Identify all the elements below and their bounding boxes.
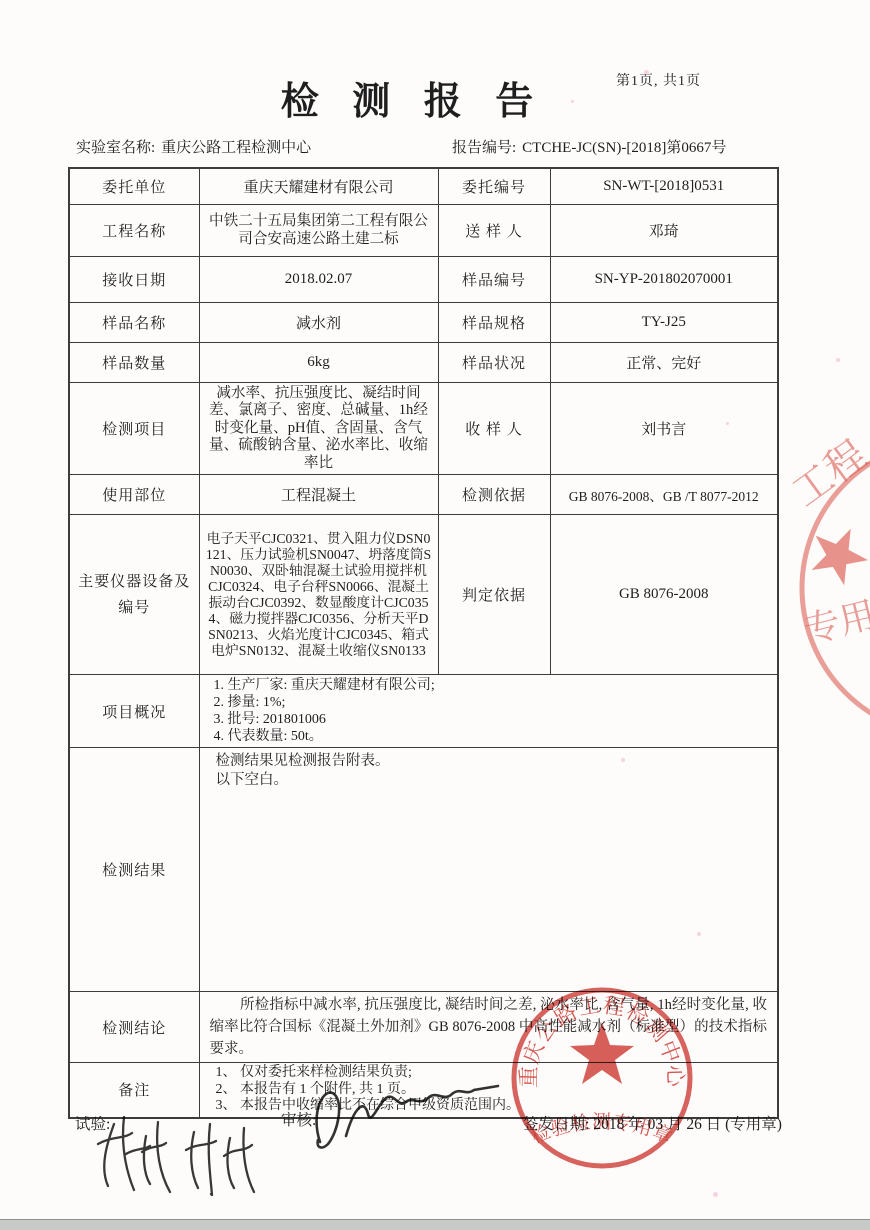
sample-sender-value: 邓琦 [550,204,778,256]
project-name-value: 中铁二十五局集团第二工程有限公司合安高速公路土建二标 [199,204,438,256]
scan-speck [571,100,574,103]
sample-spec-value: TY-J25 [550,302,778,342]
tester-signature [92,1102,292,1197]
table-row: 委托单位 重庆天耀建材有限公司 委托编号 SN-WT-[2018]0531 [69,168,778,204]
sample-receiver-value: 刘书言 [550,382,778,475]
scan-speck [713,1192,718,1197]
report-number-value: CTCHE-JC(SN)-[2018]第0667号 [522,140,726,156]
scan-speck [836,358,840,362]
table-row: 使用部位 工程混凝土 检测依据 GB 8076-2008、GB /T 8077-… [69,475,778,515]
sample-sender-label: 送 样 人 [438,204,550,256]
sample-quantity-label: 样品数量 [69,342,199,382]
judgment-basis-label: 判定依据 [438,515,550,675]
seal-text: 专用 [800,595,870,651]
client-unit-label: 委托单位 [69,168,199,204]
sample-no-value: SN-YP-201802070001 [550,256,778,302]
seal-bottom-text: 检验检测专用章 [528,1111,676,1148]
commission-no-label: 委托编号 [438,168,550,204]
judgment-basis-value: GB 8076-2008 [550,515,778,675]
partial-official-seal: 工程 专用 [750,438,870,748]
table-row: 样品名称 减水剂 样品规格 TY-J25 [69,302,778,342]
main-equipment-value: 电子天平CJC0321、贯入阻力仪DSN0121、压力试验机SN0047、坍落度… [199,515,438,675]
sample-status-value: 正常、完好 [550,342,778,382]
report-number-line: 报告编号:CTCHE-JC(SN)-[2018]第0667号 [452,136,726,157]
use-location-label: 使用部位 [69,475,199,515]
sample-no-label: 样品编号 [438,256,550,302]
test-basis-label: 检测依据 [438,475,550,515]
lab-name-line: 实验室名称:重庆公路工程检测中心 [76,136,311,157]
scan-edge-band [0,1219,870,1230]
commission-no-value: SN-WT-[2018]0531 [550,168,778,204]
report-number-label: 报告编号: [452,140,516,156]
lab-name-label: 实验室名称: [76,140,155,156]
table-row: 项目概况 1. 生产厂家: 重庆天耀建材有限公司; 2. 掺量: 1%; 3. … [69,675,778,748]
table-row: 主要仪器设备及编号 电子天平CJC0321、贯入阻力仪DSN0121、压力试验机… [69,515,778,675]
test-results-label: 检测结果 [69,748,199,992]
scan-speck [697,932,701,936]
table-row: 检测项目 减水率、抗压强度比、凝结时间差、氯离子、密度、总碱量、1h经时变化量、… [69,382,778,475]
receive-date-value: 2018.02.07 [199,256,438,302]
svg-text:检验检测专用章: 检验检测专用章 [528,1111,676,1148]
table-row: 检测结果 检测结果见检测报告附表。 以下空白。 [69,748,778,992]
lab-name-value: 重庆公路工程检测中心 [161,140,311,156]
test-items-label: 检测项目 [69,382,199,475]
test-items-value: 减水率、抗压强度比、凝结时间差、氯离子、密度、总碱量、1h经时变化量、pH值、含… [199,382,438,475]
project-name-label: 工程名称 [69,204,199,256]
scan-speck [726,422,729,425]
sample-name-label: 样品名称 [69,302,199,342]
sample-quantity-value: 6kg [199,342,438,382]
official-seal: 重庆公路工程检测中心 检验检测专用章 [480,956,724,1200]
test-basis-value: GB 8076-2008、GB /T 8077-2012 [550,475,778,515]
table-row: 样品数量 6kg 样品状况 正常、完好 [69,342,778,382]
project-overview-value: 1. 生产厂家: 重庆天耀建材有限公司; 2. 掺量: 1%; 3. 批号: 2… [199,675,778,748]
project-overview-label: 项目概况 [69,675,199,748]
sample-receiver-label: 收 样 人 [438,382,550,475]
sample-name-value: 减水剂 [199,302,438,342]
scan-speck [621,758,625,762]
sample-status-label: 样品状况 [438,342,550,382]
report-document: 第1页, 共1页 检 测 报 告 实验室名称:重庆公路工程检测中心 报告编号:C… [0,0,870,1230]
table-row: 接收日期 2018.02.07 样品编号 SN-YP-201802070001 [69,256,778,302]
table-row: 工程名称 中铁二十五局集团第二工程有限公司合安高速公路土建二标 送 样 人 邓琦 [69,204,778,256]
scan-speck [644,70,649,75]
star-icon [570,1022,634,1084]
test-results-value: 检测结果见检测报告附表。 以下空白。 [199,748,778,992]
main-equipment-label: 主要仪器设备及编号 [69,515,199,675]
conclusion-label: 检测结论 [69,992,199,1063]
star-icon [802,517,870,590]
use-location-value: 工程混凝土 [199,475,438,515]
client-unit-value: 重庆天耀建材有限公司 [199,168,438,204]
sample-spec-label: 样品规格 [438,302,550,342]
page-title: 检 测 报 告 [68,70,758,125]
receive-date-label: 接收日期 [69,256,199,302]
